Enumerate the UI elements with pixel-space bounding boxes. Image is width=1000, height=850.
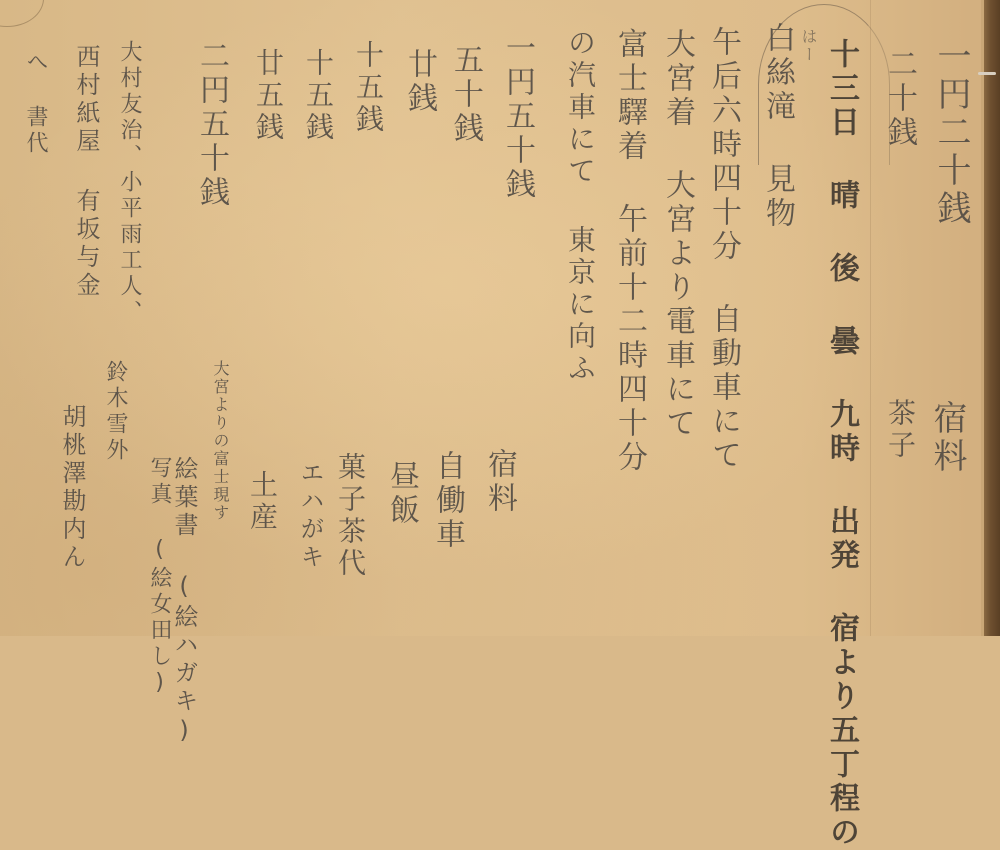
column-text: 茶子 — [886, 398, 914, 462]
column-text: 宿料 — [930, 400, 964, 476]
item-label: 宿料 — [484, 448, 514, 516]
amount-column: 二円五十銭 — [196, 40, 226, 210]
names-column: 鈴木雪外 — [104, 360, 126, 464]
notebook-page: 一円二十銭 二十銭 宿料 茶子 十三日 晴 後 曇 九時 出発 宿より五丁程の … — [0, 0, 1000, 636]
column-text: 午后六時四十分 自動車にて — [708, 26, 738, 473]
item-label: エハがキ — [298, 460, 322, 572]
names-column: 西村紙屋 有坂与金 — [74, 44, 98, 300]
item-label: 土産 — [248, 470, 276, 534]
item-label: 菓子茶代 — [336, 452, 364, 580]
column-text: の汽車にて 東京に向ふ — [566, 28, 594, 385]
amount-column: 廿五銭 — [254, 48, 282, 144]
names-column: 胡桃澤勘内ん — [60, 404, 84, 572]
column-text: 白絲滝 見物 — [762, 22, 792, 231]
amount-column: 一円五十銭 — [502, 32, 532, 202]
binding-thread — [978, 72, 996, 75]
amount-column: 十五銭 — [304, 48, 332, 144]
item-label: 写真 (絵女田し) — [148, 456, 170, 636]
column-text: 二十銭 — [884, 48, 914, 150]
item-label: 昼飯 — [386, 460, 416, 528]
small-annotation: はー — [800, 28, 816, 64]
book-binding — [984, 0, 1000, 636]
names-column: へ 書代 — [24, 50, 46, 157]
amount-column: 廿銭 — [404, 48, 434, 116]
amount-column: 五十銭 — [450, 44, 480, 146]
names-column: 大村友治、小平雨工人、 — [118, 40, 140, 326]
item-label: 絵葉書 (絵ハガキ) — [172, 456, 196, 636]
item-label: 自働車 — [432, 450, 462, 552]
column-text: 富士驛着 午前十二時四十分 — [614, 28, 644, 475]
date-label: 十三日 晴 後 曇 九時 出発 宿より五丁程の — [824, 38, 859, 636]
date-header-column: 十三日 晴 後 曇 九時 出発 宿より五丁程の — [826, 38, 856, 636]
column-text: 大宮着 大宮より電車にて — [662, 28, 692, 441]
amount-column: 十五銭 — [354, 40, 382, 136]
column-text: 一円二十銭 — [934, 38, 968, 228]
small-note: 大宮よりの富士現す — [212, 360, 228, 522]
corner-pencil-arc — [0, 0, 44, 27]
